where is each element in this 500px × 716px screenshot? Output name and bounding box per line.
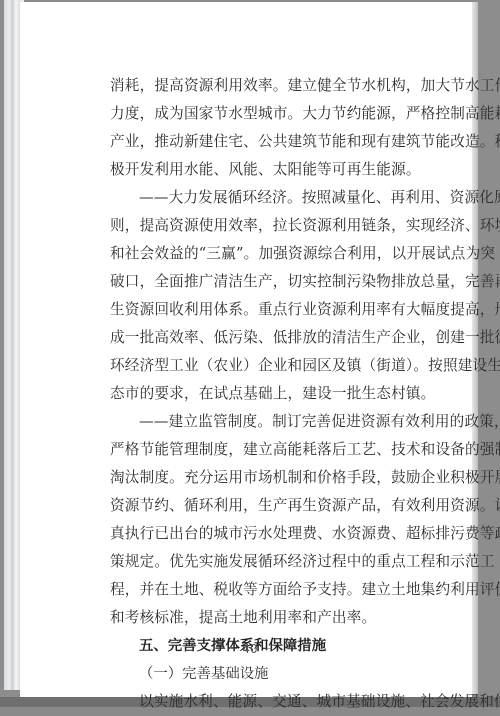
subsection-heading: （一）完善基础设施 xyxy=(110,660,468,688)
text-line: 破口，全面推广清洁生产，切实控制污染物排放总量，完善再 xyxy=(110,268,468,296)
text-line: 消耗，提高资源利用效率。建立健全节水机构，加大节水工作 xyxy=(110,72,468,100)
text-line: 成一批高效率、低污染、低排放的清洁生产企业，创建一批循 xyxy=(110,324,468,352)
text-line: 环经济型工业（农业）企业和园区及镇（街道）。按照建设生 xyxy=(110,352,468,380)
text-line: 则，提高资源使用效率，拉长资源利用链条，实现经济、环境 xyxy=(110,212,468,240)
document-body: 消耗，提高资源利用效率。建立健全节水机构，加大节水工作 力度，成为国家节水型城市… xyxy=(110,72,468,707)
text-line: 以实施水利、能源、交通、城市基础设施、社会发展和信 xyxy=(110,688,468,707)
text-line: 力度，成为国家节水型城市。大力节约能源，严格控制高能耗 xyxy=(110,100,468,128)
text-line: 淘汰制度。充分运用市场机制和价格手段，鼓励企业积极开展 xyxy=(110,464,468,492)
text-line: 严格节能管理制度，建立高能耗落后工艺、技术和设备的强制 xyxy=(110,436,468,464)
text-line: 和社会效益的“三赢”。加强资源综合利用，以开展试点为突 xyxy=(110,240,468,268)
text-line: 真执行已出台的城市污水处理费、水资源费、超标排污费等政 xyxy=(110,520,468,548)
text-line: 生资源回收利用体系。重点行业资源利用率有大幅度提高，形 xyxy=(110,296,468,324)
text-line: 态市的要求，在试点基础上，建设一批生态村镇。 xyxy=(110,380,468,408)
text-line: ——大力发展循环经济。按照减量化、再利用、资源化原 xyxy=(110,184,468,212)
page-number: － 40 － xyxy=(0,640,500,657)
text-line: 极开发利用水能、风能、太阳能等可再生能源。 xyxy=(110,156,468,184)
text-line: 资源节约、循环利用，生产再生资源产品，有效利用资源。认 xyxy=(110,492,468,520)
text-line: ——建立监管制度。制订完善促进资源有效利用的政策， xyxy=(110,408,468,436)
text-line: 产业，推动新建住宅、公共建筑节能和现有建筑节能改造。积 xyxy=(110,128,468,156)
text-line: 策规定。优先实施发展循环经济过程中的重点工程和示范工 xyxy=(110,548,468,576)
text-line: 和考核标准，提高土地利用率和产出率。 xyxy=(110,604,468,632)
text-line: 程，并在土地、税收等方面给予支持。建立土地集约利用评价 xyxy=(110,576,468,604)
